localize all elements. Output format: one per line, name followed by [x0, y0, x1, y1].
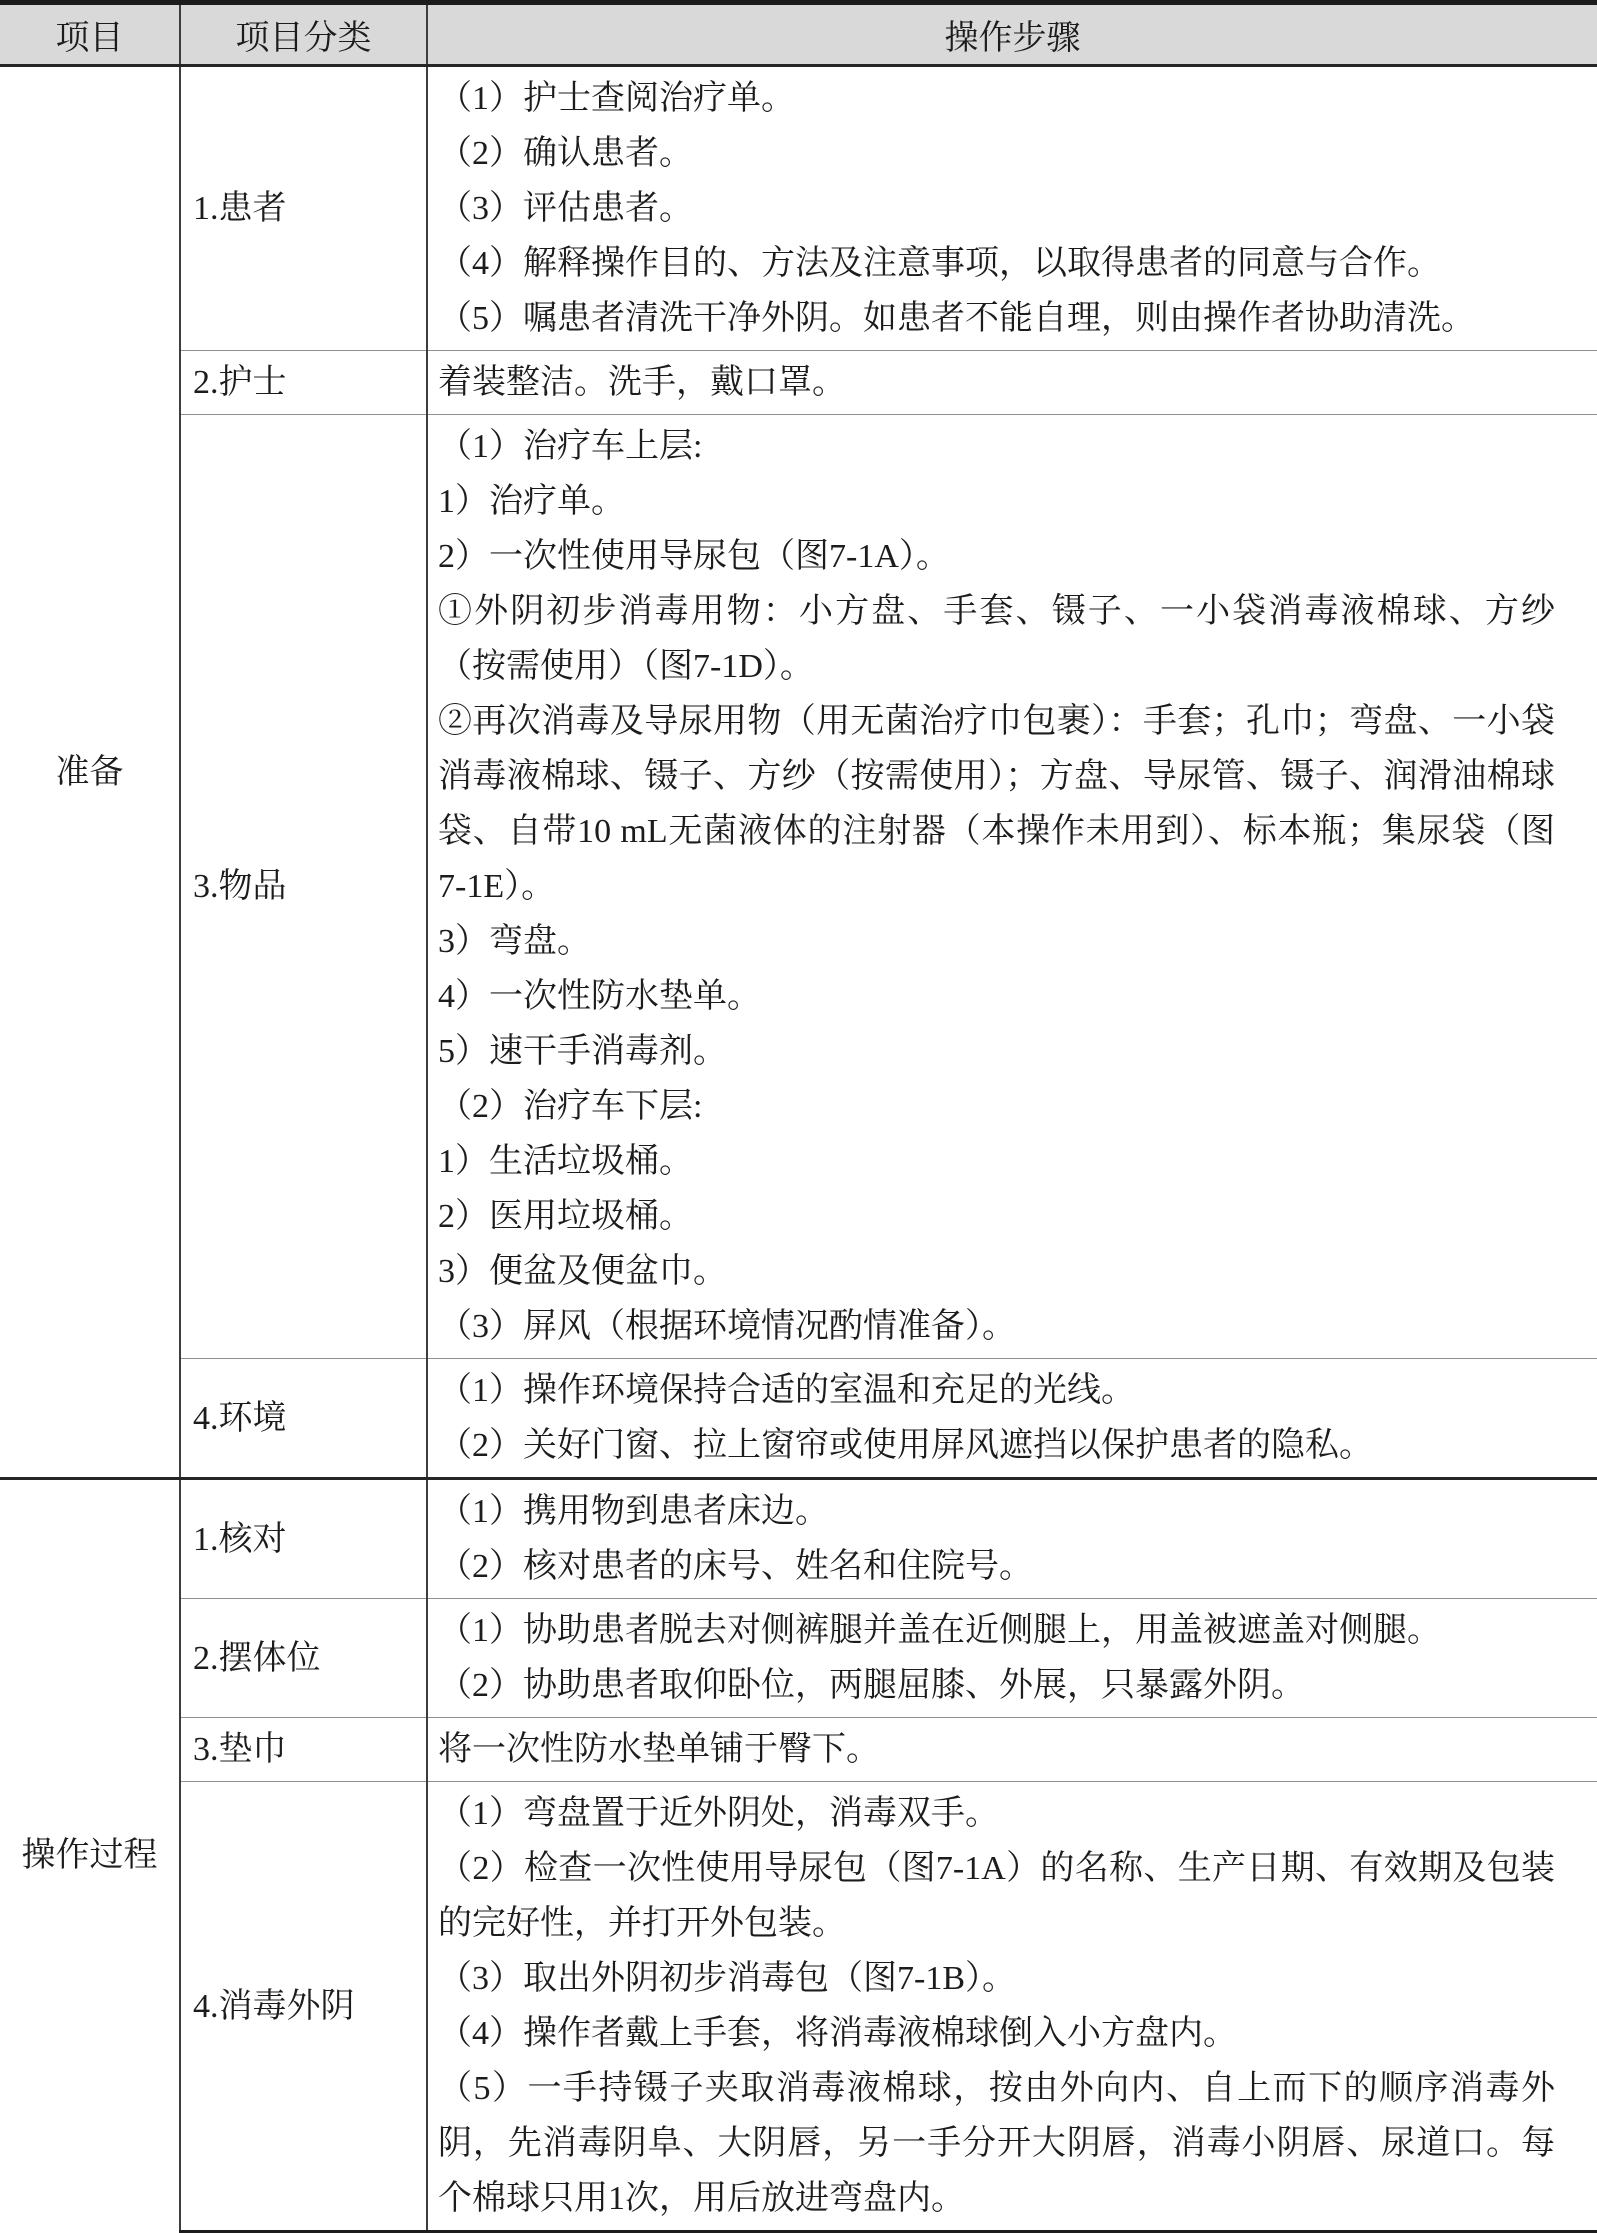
step-line: （1）护士查阅治疗单。: [438, 71, 1555, 126]
step-line: （2）关好门窗、拉上窗帘或使用屏风遮挡以保护患者的隐私。: [438, 1418, 1555, 1473]
table-row: 3.垫巾 将一次性防水垫单铺于臀下。: [0, 1718, 1597, 1782]
steps-cell: 着装整洁。洗手，戴口罩。: [427, 351, 1597, 415]
steps-cell: （1）携用物到患者床边。 （2）核对患者的床号、姓名和住院号。: [427, 1479, 1597, 1599]
table-row: 准备 1.患者 （1）护士查阅治疗单。 （2）确认患者。 （3）评估患者。 （4…: [0, 66, 1597, 351]
step-line: ①外阴初步消毒用物：小方盘、手套、镊子、一小袋消毒液棉球、方纱（按需使用）（图7…: [438, 584, 1555, 694]
column-header-item: 项目: [0, 3, 180, 66]
table-row: 2.护士 着装整洁。洗手，戴口罩。: [0, 351, 1597, 415]
step-line: 3）弯盘。: [438, 914, 1555, 969]
column-header-category: 项目分类: [180, 3, 427, 66]
step-line: 4）一次性防水垫单。: [438, 969, 1555, 1024]
category-cell: 4.消毒外阴: [180, 1782, 427, 2232]
step-line: （2）核对患者的床号、姓名和住院号。: [438, 1539, 1555, 1594]
table-row: 4.环境 （1）操作环境保持合适的室温和充足的光线。 （2）关好门窗、拉上窗帘或…: [0, 1359, 1597, 1479]
step-line: （5）一手持镊子夹取消毒液棉球，按由外向内、自上而下的顺序消毒外阴，先消毒阴阜、…: [438, 2061, 1555, 2226]
step-line: （1）协助患者脱去对侧裤腿并盖在近侧腿上，用盖被遮盖对侧腿。: [438, 1603, 1555, 1658]
steps-cell: 将一次性防水垫单铺于臀下。: [427, 1718, 1597, 1782]
step-line: （3）评估患者。: [438, 181, 1555, 236]
category-cell: 2.护士: [180, 351, 427, 415]
procedure-table: 项目 项目分类 操作步骤 准备 1.患者 （1）护士查阅治疗单。 （2）确认患者…: [0, 0, 1597, 2233]
table-row: 2.摆体位 （1）协助患者脱去对侧裤腿并盖在近侧腿上，用盖被遮盖对侧腿。 （2）…: [0, 1599, 1597, 1718]
step-line: （3）取出外阴初步消毒包（图7-1B）。: [438, 1951, 1555, 2006]
step-line: （3）屏风（根据环境情况酌情准备）。: [438, 1299, 1555, 1354]
section-cell-operation: 操作过程: [0, 1479, 180, 2232]
step-line: （4）解释操作目的、方法及注意事项，以取得患者的同意与合作。: [438, 236, 1555, 291]
table-row: 4.消毒外阴 （1）弯盘置于近外阴处，消毒双手。 （2）检查一次性使用导尿包（图…: [0, 1782, 1597, 2232]
step-line: （2）检查一次性使用导尿包（图7-1A）的名称、生产日期、有效期及包装的完好性，…: [438, 1841, 1555, 1951]
step-line: 1）生活垃圾桶。: [438, 1134, 1555, 1189]
category-cell: 2.摆体位: [180, 1599, 427, 1718]
step-line: 1）治疗单。: [438, 474, 1555, 529]
table-row: 3.物品 （1）治疗车上层: 1）治疗单。 2）一次性使用导尿包（图7-1A）。…: [0, 415, 1597, 1359]
step-line: （2）协助患者取仰卧位，两腿屈膝、外展，只暴露外阴。: [438, 1658, 1555, 1713]
steps-cell: （1）弯盘置于近外阴处，消毒双手。 （2）检查一次性使用导尿包（图7-1A）的名…: [427, 1782, 1597, 2232]
steps-cell: （1）协助患者脱去对侧裤腿并盖在近侧腿上，用盖被遮盖对侧腿。 （2）协助患者取仰…: [427, 1599, 1597, 1718]
header-row: 项目 项目分类 操作步骤: [0, 3, 1597, 66]
steps-cell: （1）操作环境保持合适的室温和充足的光线。 （2）关好门窗、拉上窗帘或使用屏风遮…: [427, 1359, 1597, 1479]
step-line: ②再次消毒及导尿用物（用无菌治疗巾包裹）：手套；孔巾；弯盘、一小袋消毒液棉球、镊…: [438, 694, 1555, 914]
step-line: （1）弯盘置于近外阴处，消毒双手。: [438, 1786, 1555, 1841]
step-line: （4）操作者戴上手套，将消毒液棉球倒入小方盘内。: [438, 2006, 1555, 2061]
step-line: （1）操作环境保持合适的室温和充足的光线。: [438, 1363, 1555, 1418]
step-line: （2）确认患者。: [438, 126, 1555, 181]
steps-cell: （1）护士查阅治疗单。 （2）确认患者。 （3）评估患者。 （4）解释操作目的、…: [427, 66, 1597, 351]
steps-cell: （1）治疗车上层: 1）治疗单。 2）一次性使用导尿包（图7-1A）。 ①外阴初…: [427, 415, 1597, 1359]
step-line: （1）携用物到患者床边。: [438, 1484, 1555, 1539]
section-cell-preparation: 准备: [0, 66, 180, 1479]
step-line: 将一次性防水垫单铺于臀下。: [438, 1722, 1555, 1777]
category-cell: 3.物品: [180, 415, 427, 1359]
step-line: （1）治疗车上层:: [438, 419, 1555, 474]
step-line: 2）一次性使用导尿包（图7-1A）。: [438, 529, 1555, 584]
column-header-steps: 操作步骤: [427, 3, 1597, 66]
step-line: 3）便盆及便盆巾。: [438, 1244, 1555, 1299]
step-line: （2）治疗车下层:: [438, 1079, 1555, 1134]
category-cell: 3.垫巾: [180, 1718, 427, 1782]
category-cell: 4.环境: [180, 1359, 427, 1479]
step-line: （5）嘱患者清洗干净外阴。如患者不能自理，则由操作者协助清洗。: [438, 291, 1555, 346]
step-line: 2）医用垃圾桶。: [438, 1189, 1555, 1244]
table-row: 操作过程 1.核对 （1）携用物到患者床边。 （2）核对患者的床号、姓名和住院号…: [0, 1479, 1597, 1599]
category-cell: 1.核对: [180, 1479, 427, 1599]
step-line: 着装整洁。洗手，戴口罩。: [438, 355, 1555, 410]
category-cell: 1.患者: [180, 66, 427, 351]
step-line: 5）速干手消毒剂。: [438, 1024, 1555, 1079]
